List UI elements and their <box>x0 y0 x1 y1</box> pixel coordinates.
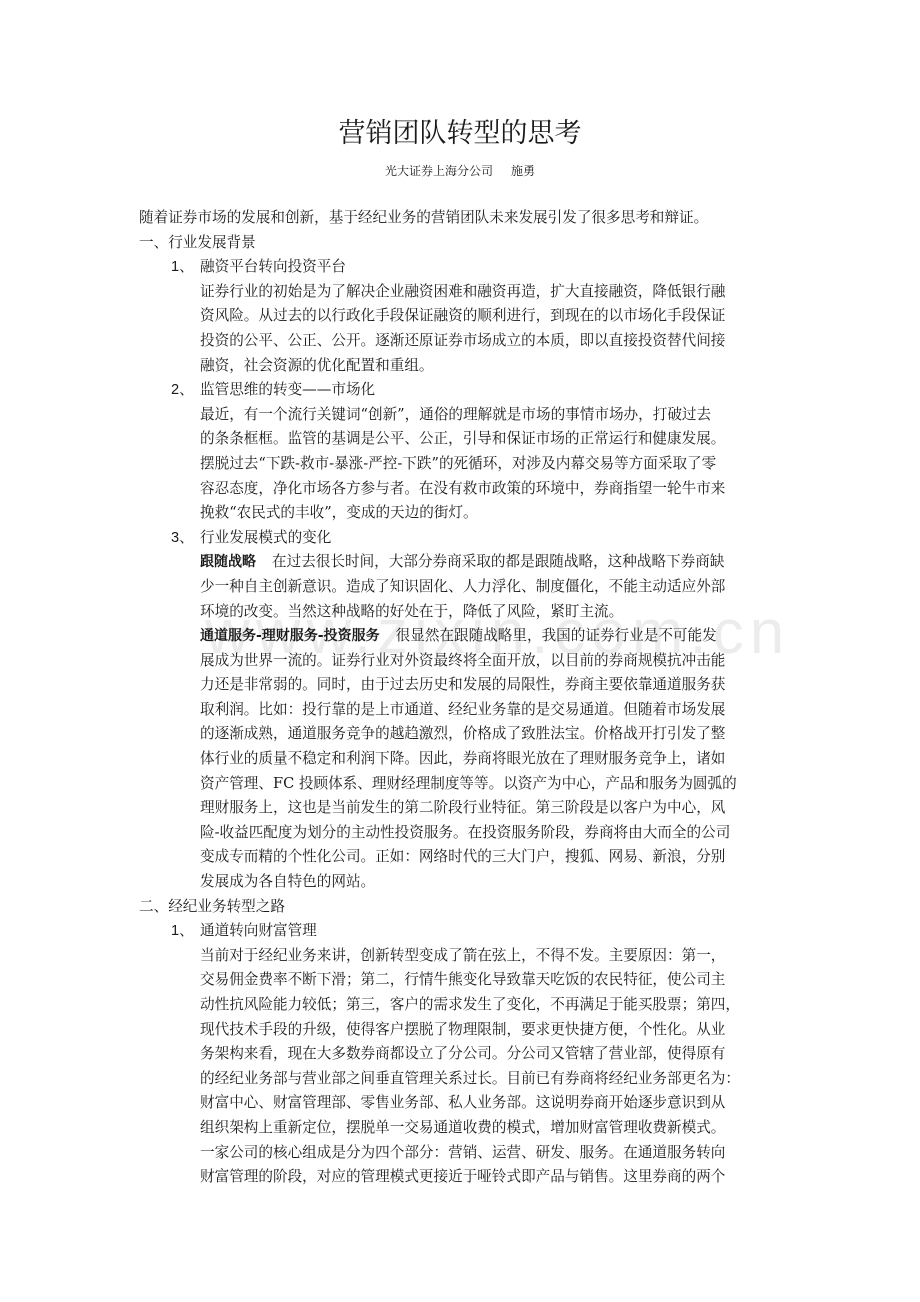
body-line: 最近，有一个流行关键词“创新”，通俗的理解就是市场的事情市场办，打破过去 <box>139 403 789 428</box>
subsection-heading: 2、监管思维的转变——市场化 <box>139 378 789 403</box>
body-line: 挽救“农民式的丰收”，变成的天边的街灯。 <box>139 501 789 526</box>
body-line: 理财服务上，这也是当前发生的第二阶段行业特征。第三阶段是以客户为中心，风 <box>139 796 789 821</box>
body-line: 财富中心、财富管理部、零售业务部、私人业务部。这说明券商开始逐步意识到从 <box>139 1091 789 1116</box>
section-number: 一、 <box>139 231 168 256</box>
section-title: 行业发展背景 <box>168 234 256 251</box>
body-line: 一家公司的核心组成是分为四个部分：营销、运营、研发、服务。在通道服务转向 <box>139 1141 789 1166</box>
document-body: 随着证券市场的发展和创新，基于经纪业务的营销团队未来发展引发了很多思考和辩证。 … <box>139 206 789 1190</box>
body-line: 力还是非常弱的。同时，由于过去历史和发展的局限性，券商主要依靠通道服务获 <box>139 673 789 698</box>
subsection-title: 通道转向财富管理 <box>200 922 317 939</box>
body-line: 的条条框框。监管的基调是公平、公正，引导和保证市场的正常运行和健康发展。 <box>139 427 789 452</box>
body-line: 现代技术手段的升级，使得客户摆脱了物理限制，要求更快捷方便，个性化。从业 <box>139 1018 789 1043</box>
body-line: 变成专而精的个性化公司。正如：网络时代的三大门户，搜狐、网易、新浪，分别 <box>139 845 789 870</box>
body-line: 的逐渐成熟，通道服务竞争的越趋激烈，价格成了致胜法宝。价格战开打引发了整 <box>139 722 789 747</box>
body-line: 当前对于经纪业务来讲，创新转型变成了箭在弦上，不得不发。主要原因：第一， <box>139 944 789 969</box>
subsection-heading: 1、通道转向财富管理 <box>139 919 789 944</box>
body-line: 务架构来看，现在大多数券商都设立了分公司。分公司又管辖了营业部，使得原有 <box>139 1042 789 1067</box>
subsection-number: 3、 <box>171 526 200 551</box>
body-text: 很显然在跟随战略里，我国的证券行业是不可能发 <box>396 627 717 644</box>
section-number: 二、 <box>139 895 168 920</box>
body-line: 险-收益匹配度为划分的主动性投资服务。在投资服务阶段，券商将由大而全的公司 <box>139 821 789 846</box>
section-heading: 二、经纪业务转型之路 <box>139 895 789 920</box>
author-organization: 光大证券上海分公司 <box>385 164 493 178</box>
section-title: 经纪业务转型之路 <box>168 898 285 915</box>
bold-lead-term: 通道服务-理财服务-投资服务 <box>200 628 380 644</box>
subsection-heading: 3、行业发展模式的变化 <box>139 526 789 551</box>
body-line: 展成为世界一流的。证券行业对外资最终将全面开放，以目前的券商规模抗冲击能 <box>139 649 789 674</box>
subsection-title: 行业发展模式的变化 <box>200 529 331 546</box>
body-line: 资风险。从过去的以行政化手段保证融资的顺利进行，到现在的以市场化手段保证 <box>139 304 789 329</box>
body-line: 资产管理、FC 投顾体系、理财经理制度等等。以资产为中心，产品和服务为圆弧的 <box>139 772 789 797</box>
body-line: 取利润。比如：投行靠的是上市通道、经纪业务靠的是交易通道。但随着市场发展 <box>139 698 789 723</box>
body-line: 体行业的质量不稳定和利润下降。因此，券商将眼光放在了理财服务竞争上，诸如 <box>139 747 789 772</box>
document-page: www.zixin.com.cn 营销团队转型的思考 光大证券上海分公司施勇 随… <box>0 0 920 1302</box>
body-line: 证券行业的初始是为了解决企业融资困难和融资再造，扩大直接融资，降低银行融 <box>139 280 789 305</box>
body-line: 动性抗风险能力较低；第三，客户的需求发生了变化，不再满足于能买股票；第四， <box>139 993 789 1018</box>
subsection-number: 2、 <box>171 378 200 403</box>
paragraph-first-line: 通道服务-理财服务-投资服务很显然在跟随战略里，我国的证券行业是不可能发 <box>139 624 789 649</box>
body-line: 财富管理的阶段，对应的管理模式更接近于哑铃式即产品与销售。这里券商的两个 <box>139 1165 789 1190</box>
body-line: 容忍态度，净化市场各方参与者。在没有救市政策的环境中，券商指望一轮牛市来 <box>139 477 789 502</box>
document-title: 营销团队转型的思考 <box>0 116 920 152</box>
document-byline: 光大证券上海分公司施勇 <box>0 162 920 180</box>
bold-lead-term: 跟随战略 <box>200 554 256 570</box>
body-line: 少一种自主创新意识。造成了知识固化、人力浮化、制度僵化，不能主动适应外部 <box>139 575 789 600</box>
section-heading: 一、行业发展背景 <box>139 231 789 256</box>
paragraph-first-line: 跟随战略在过去很长时间，大部分券商采取的都是跟随战略，这种战略下券商缺 <box>139 550 789 575</box>
author-name: 施勇 <box>511 164 535 178</box>
subsection-number: 1、 <box>171 255 200 280</box>
subsection-heading: 1、融资平台转向投资平台 <box>139 255 789 280</box>
body-line: 融资，社会资源的优化配置和重组。 <box>139 354 789 379</box>
body-line: 的经纪业务部与营业部之间垂直管理关系过长。目前已有券商将经纪业务部更名为： <box>139 1067 789 1092</box>
subsection-title: 监管思维的转变——市场化 <box>200 381 375 398</box>
body-text: 在过去很长时间，大部分券商采取的都是跟随战略，这种战略下券商缺 <box>272 553 724 570</box>
body-line: 环境的改变。当然这种战略的好处在于，降低了风险，紧盯主流。 <box>139 600 789 625</box>
subsection-number: 1、 <box>171 919 200 944</box>
body-line: 交易佣金费率不断下滑；第二，行情牛熊变化导致靠天吃饭的农民特征，使公司主 <box>139 968 789 993</box>
body-line: 投资的公平、公正、公开。逐渐还原证券市场成立的本质，即以直接投资替代间接 <box>139 329 789 354</box>
subsection-title: 融资平台转向投资平台 <box>200 258 346 275</box>
intro-paragraph: 随着证券市场的发展和创新，基于经纪业务的营销团队未来发展引发了很多思考和辩证。 <box>139 206 789 231</box>
body-line: 发展成为各自特色的网站。 <box>139 870 789 895</box>
body-line: 摆脱过去“下跌-救市-暴涨-严控-下跌”的死循环，对涉及内幕交易等方面采取了零 <box>139 452 789 477</box>
body-line: 组织架构上重新定位，摆脱单一交易通道收费的模式，增加财富管理收费新模式。 <box>139 1116 789 1141</box>
